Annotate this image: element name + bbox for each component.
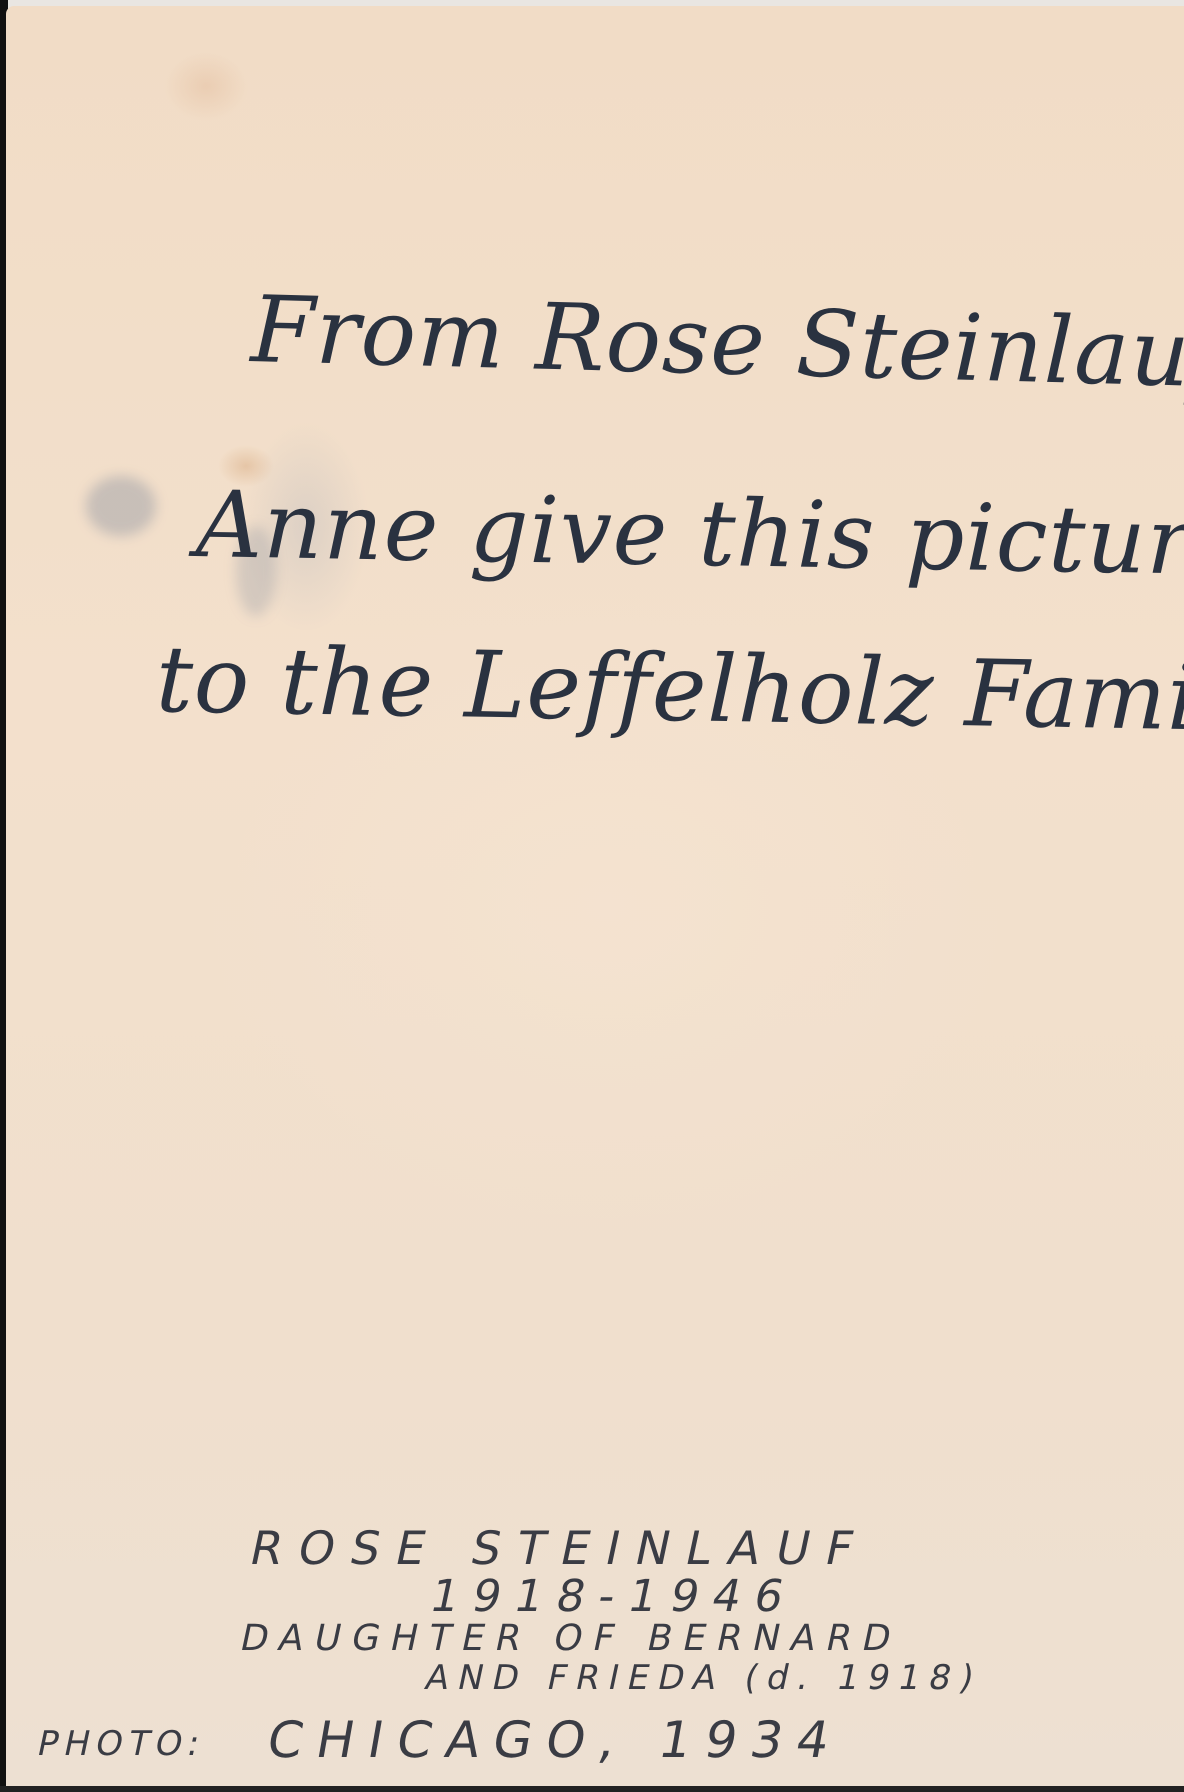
- ink-smudge: [86, 476, 156, 536]
- annotation-photo-place-year: CHICAGO, 1934: [263, 1711, 848, 1769]
- inscription-line-give: Anne give this picture: [195, 471, 1184, 596]
- inscription-line-family: to the Leffelholz Family: [155, 626, 1184, 753]
- annotation-photo-label: PHOTO:: [34, 1724, 210, 1764]
- annotation-mother: AND FRIEDA (d. 1918): [422, 1658, 987, 1698]
- annotation-dates: 1918-1946: [426, 1571, 803, 1622]
- photo-card-back: From Rose Steinlauf Anne give this pictu…: [6, 6, 1184, 1787]
- scanned-photo-back: From Rose Steinlauf Anne give this pictu…: [0, 0, 1184, 1792]
- inscription-line-from: From Rose Steinlauf: [250, 276, 1184, 408]
- annotation-daughter-of: DAUGHTER OF BERNARD: [237, 1618, 906, 1659]
- annotation-name: ROSE STEINLAUF: [245, 1521, 874, 1575]
- scanner-edge-bottom: [0, 1786, 1184, 1792]
